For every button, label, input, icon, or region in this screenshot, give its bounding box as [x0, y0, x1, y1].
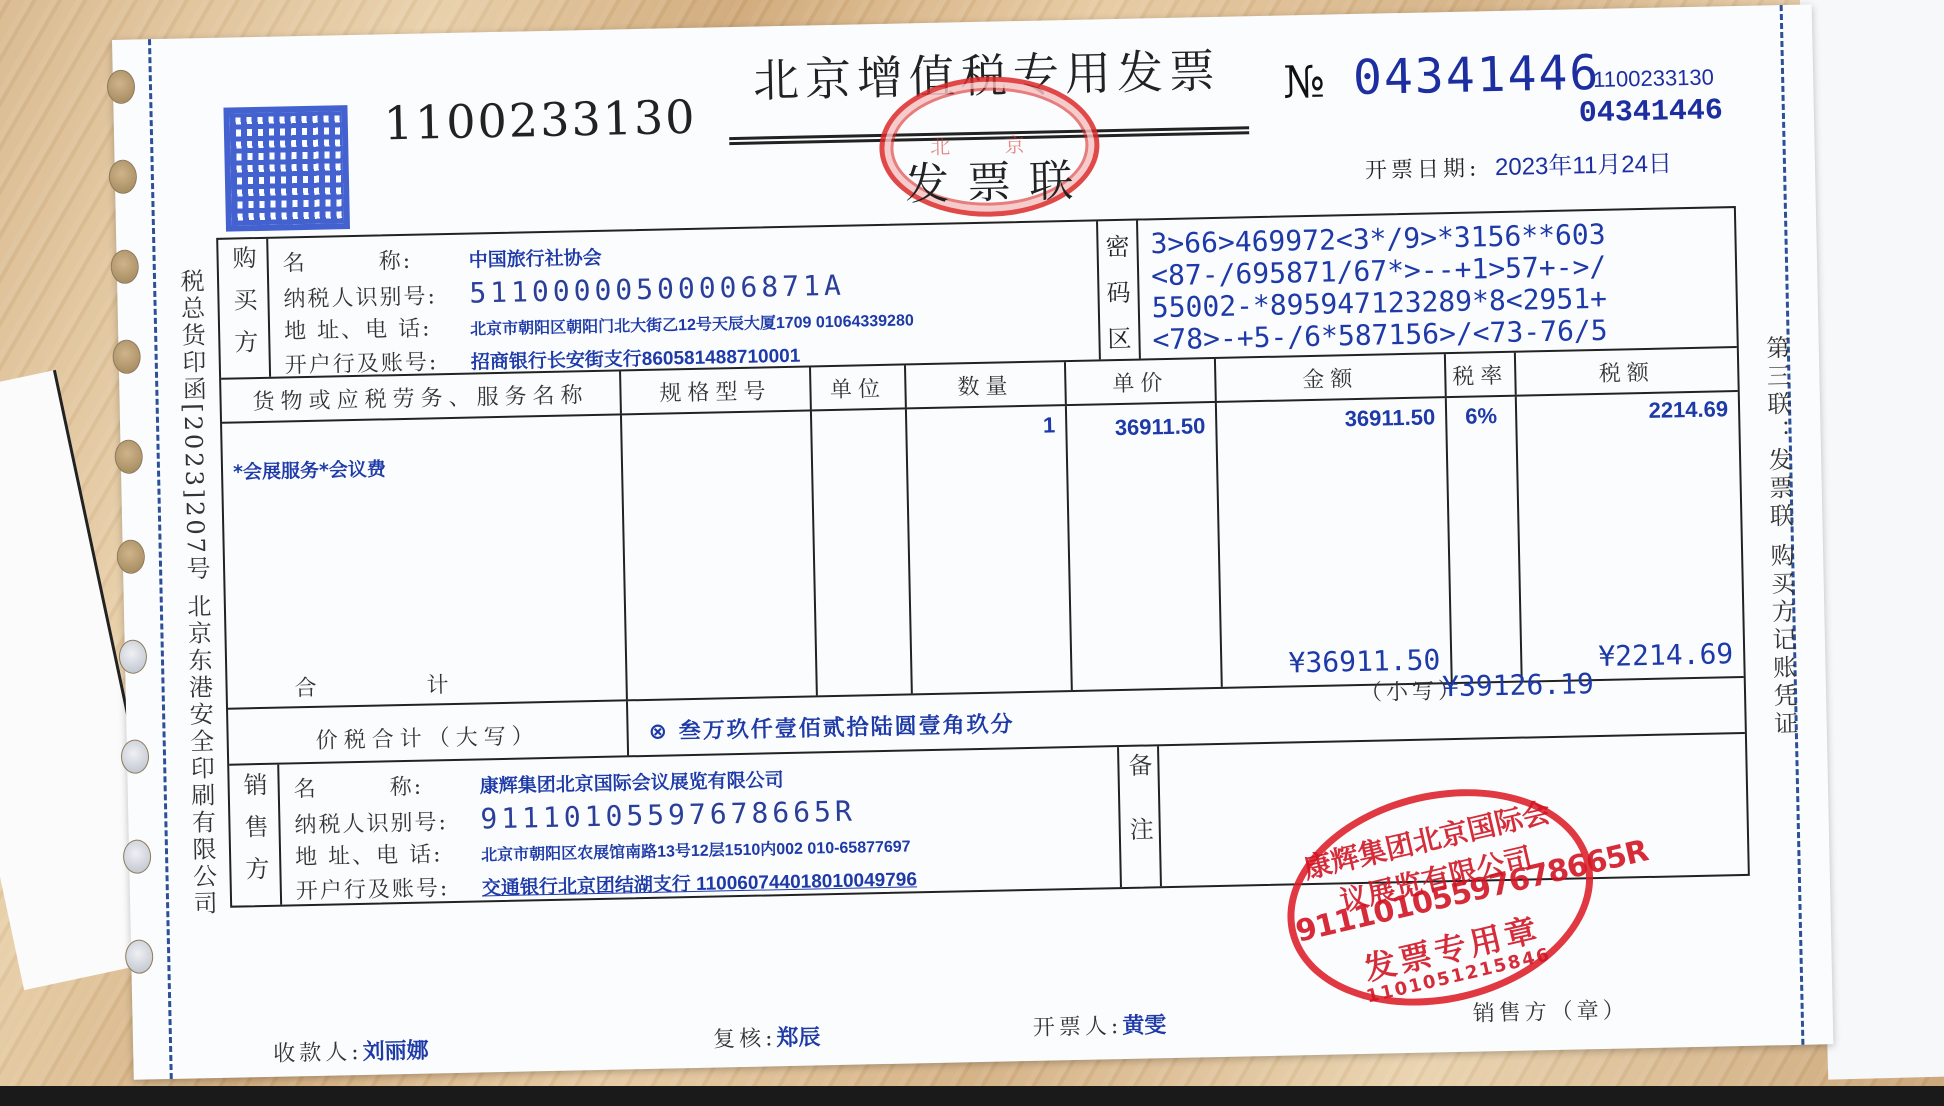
item-name: *会展服务*会议费 [232, 416, 611, 485]
item-amount-cell: 36911.50 ¥36911.50 [1217, 398, 1453, 687]
item-unit-price-cell: 36911.50 [1067, 403, 1223, 690]
bottom-shadow [0, 1086, 1944, 1106]
remarks-label: 备注 [1119, 746, 1162, 887]
item-unit [812, 409, 913, 695]
buyer-name: 中国旅行社协会 [468, 243, 602, 273]
header-amount: 金额 [1216, 354, 1447, 401]
seller-name: 康辉集团北京国际会议展览有限公司 [479, 765, 784, 798]
header-tax-rate: 税率 [1446, 353, 1517, 396]
issuer-name: 黄雯 [1122, 1013, 1167, 1039]
feed-hole [114, 439, 143, 474]
buyer-tax-id-label: 纳税人识别号: [283, 279, 470, 314]
issuer: 开票人:黄雯 [1033, 1008, 1167, 1042]
item-quantity: 1 [917, 406, 1056, 441]
item-tax-rate: 6% [1457, 397, 1506, 430]
cipher-label-char: 区 [1107, 318, 1132, 353]
item-unit-price: 36911.50 [1077, 403, 1206, 442]
seller-address-phone: 北京市朝阳区农展馆南路13号12层1510内002 010-65877697 [481, 833, 911, 865]
price-total-small: ¥39126.19 [1442, 667, 1594, 703]
reviewer: 复核:郑辰 [713, 1020, 821, 1053]
invoice-code-printed: 1100233130 [1593, 64, 1714, 93]
cipher-area-label: 密 码 区 [1098, 221, 1141, 360]
cipher-label-char: 密 [1105, 226, 1130, 261]
reviewer-label: 复核: [713, 1026, 777, 1052]
item-quantity-cell: 1 [907, 406, 1073, 693]
seller-address-label: 地 址、电 话: [295, 836, 482, 871]
feed-hole [109, 160, 138, 195]
invoice-number: 04341446 [1352, 45, 1600, 106]
header-item-name: 货物或应税劳务、服务名称 [221, 371, 622, 421]
feed-hole [110, 249, 139, 284]
number-sign: № [1283, 57, 1326, 109]
seller-bank-account: 交通银行北京团结湖支行 110060744018010049796 [482, 864, 918, 900]
buyer-address-label: 地 址、电 话: [284, 311, 471, 346]
header-unit: 单位 [811, 365, 907, 409]
copy-type-label: 第三联：发票联 购买方记账凭证 [1759, 335, 1802, 739]
feed-hole [119, 639, 148, 674]
payee: 收款人:刘丽娜 [273, 1034, 429, 1068]
header-spec: 规格型号 [621, 367, 812, 413]
total-label: 合计 [227, 664, 626, 703]
header-unit-price: 单价 [1066, 359, 1217, 404]
feed-hole [112, 339, 141, 374]
total-tax: ¥2214.69 [1598, 637, 1734, 673]
reviewer-name: 郑辰 [776, 1025, 821, 1051]
feed-hole [107, 70, 136, 105]
item-name-cell: *会展服务*会议费 合计 [222, 415, 628, 707]
issue-date-label: 开票日期: [1365, 151, 1481, 184]
feed-hole [125, 939, 154, 974]
header-quantity: 数量 [906, 362, 1067, 407]
item-tax: 2214.69 [1527, 392, 1729, 426]
seller-tax-id-label: 纳税人识别号: [294, 804, 481, 839]
price-total-words: ⊗ 叁万玖仟壹佰贰拾陆圆壹角玖分 [648, 707, 1015, 746]
seller-bank-label: 开户行及账号: [296, 870, 483, 905]
item-amount: 36911.50 [1227, 398, 1436, 434]
item-tax-rate-cell: 6% [1447, 397, 1523, 682]
buyer-address-phone: 北京市朝阳区朝阳门北大街乙12号天辰大厦1709 01064339280 [470, 307, 914, 339]
payee-name: 刘丽娜 [362, 1039, 429, 1065]
seller-name-label: 名 称: [293, 768, 480, 803]
cipher-text: 3>66>469972<3*/9>*3156**603 <87-/695871/… [1138, 208, 1737, 358]
seller-seal-label: 销售方（章） [1472, 993, 1629, 1027]
invoice-subtitle: 发票联 [904, 145, 1091, 213]
perforation-left [148, 39, 173, 1079]
table-row: *会展服务*会议费 合计 1 36911.50 36911.50 ¥36911.… [222, 392, 1744, 710]
invoice-code: 1100233130 [383, 90, 697, 151]
vat-invoice-sheet: 税总货印函[2023]207号 北京东港安全印刷有限公司 1100233130 … [112, 4, 1833, 1079]
invoice-number-printed: 04341446 [1579, 94, 1724, 131]
feed-hole [123, 839, 152, 874]
buyer-name-label: 名 称: [282, 243, 469, 278]
price-total-label: 价税合计（大写） [228, 701, 629, 763]
seller-section-label: 销售方 [229, 765, 282, 906]
payee-label: 收款人: [273, 1040, 363, 1067]
feed-hole [116, 539, 145, 574]
header-tax: 税额 [1516, 348, 1738, 395]
item-tax-cell: 2214.69 ¥2214.69 [1517, 392, 1744, 681]
seller-info: 名 称:康辉集团北京国际会议展览有限公司 纳税人识别号:911101055976… [279, 747, 1122, 905]
cipher-label-char: 码 [1106, 272, 1131, 307]
qr-code [223, 105, 350, 232]
buyer-section-label: 购买方 [218, 239, 271, 378]
issue-date: 2023年11月24日 [1495, 143, 1673, 182]
issuer-label: 开票人: [1033, 1014, 1123, 1041]
buyer-info: 名 称:中国旅行社协会 纳税人识别号:51100000500006871A 地 … [268, 221, 1101, 376]
item-spec [622, 411, 818, 699]
feed-hole [121, 739, 150, 774]
printer-info-text: 税总货印函[2023]207号 北京东港安全印刷有限公司 [173, 268, 222, 918]
